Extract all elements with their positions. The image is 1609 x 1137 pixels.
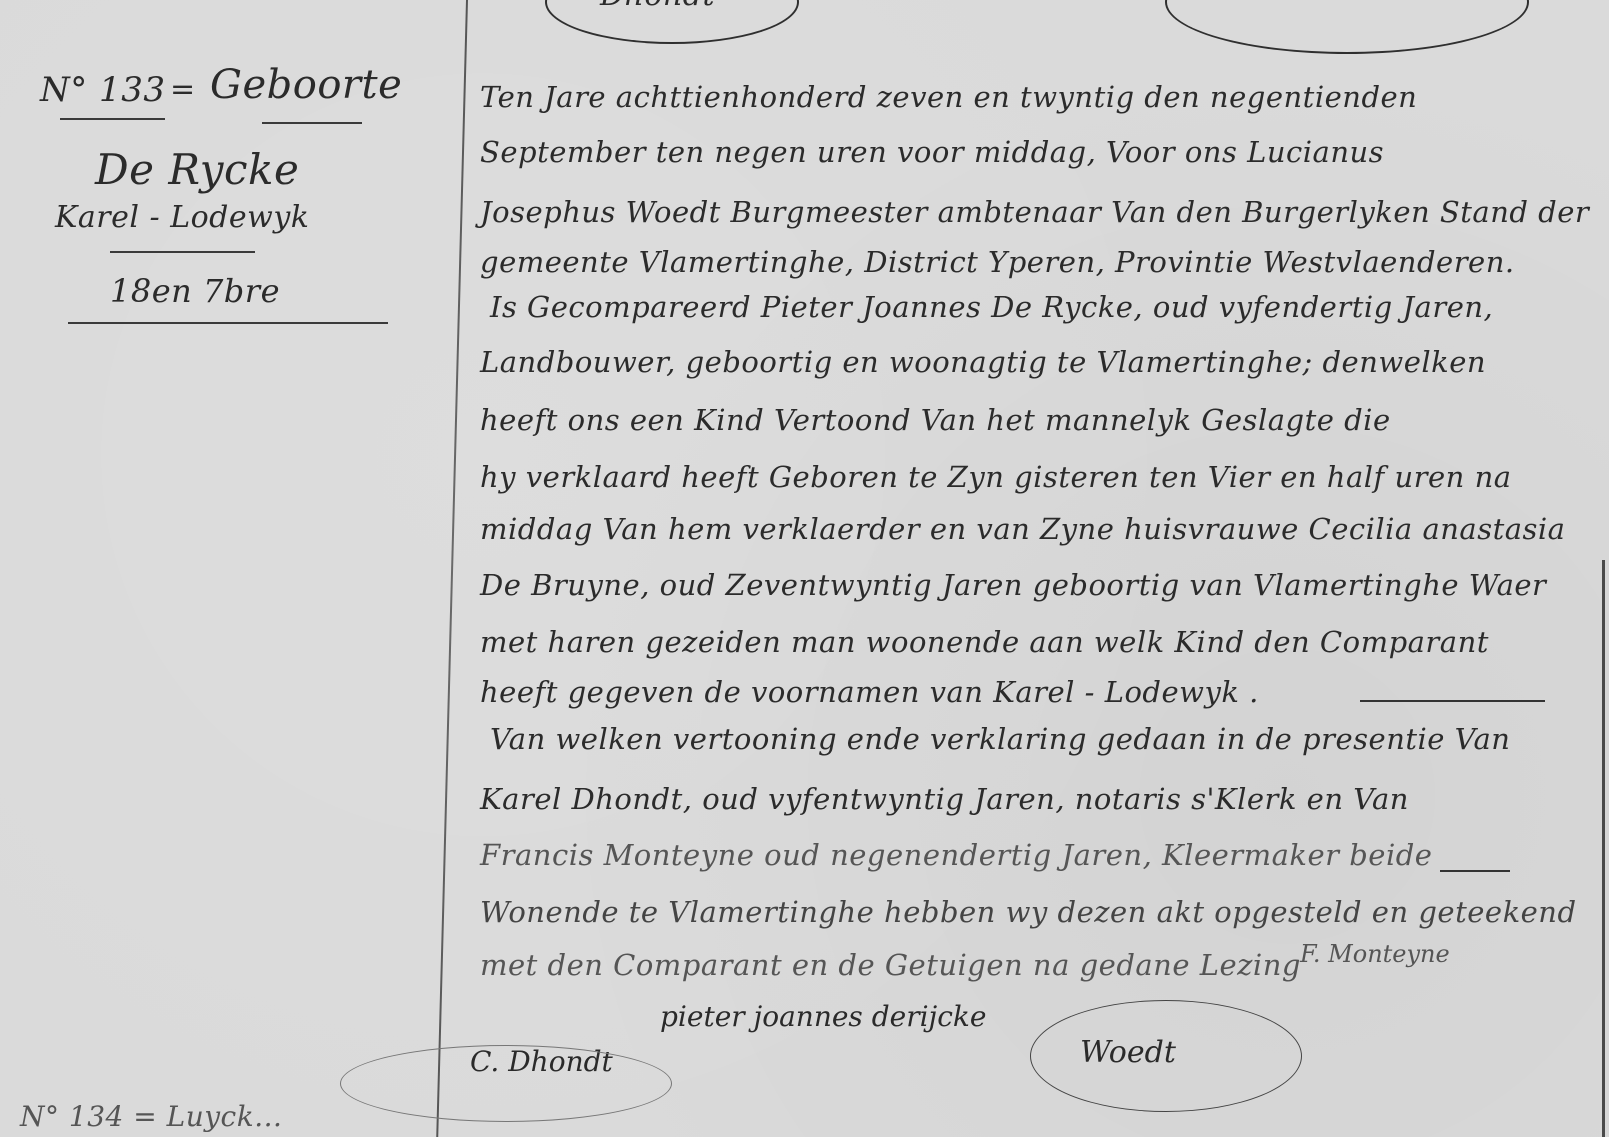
signature-declarant: pieter joannes derijcke: [660, 1000, 986, 1033]
margin-underline-4: [68, 322, 388, 324]
signature-flourish-dhondt: [340, 1045, 672, 1122]
body-line-2: September ten negen uren voor middag, Vo…: [480, 135, 1384, 169]
body-line-12: heeft gegeven de voornamen van Karel - L…: [480, 675, 1259, 709]
line-end-rule: [1360, 700, 1545, 702]
body-line-9: middag Van hem verklaerder en van Zyne h…: [480, 512, 1565, 546]
body-line-15: Francis Monteyne oud negenendertig Jaren…: [480, 838, 1432, 872]
body-line-1: Ten Jare achttienhonderd zeven en twynti…: [480, 80, 1417, 114]
signature-witness-monteyne: F. Monteyne: [1300, 940, 1450, 968]
line-end-flourish: [1440, 870, 1510, 872]
signature-flourish-mayor: [1030, 1000, 1302, 1112]
body-line-16: Wonende te Vlamertinghe hebben wy dezen …: [480, 895, 1577, 929]
body-line-11: met haren gezeiden man woonende aan welk…: [480, 625, 1489, 659]
body-line-7: heeft ons een Kind Vertoond Van het mann…: [480, 403, 1391, 437]
margin-underline-1: [60, 118, 165, 120]
body-line-6: Landbouwer, geboortig en woonagtig te Vl…: [480, 345, 1486, 379]
child-surname: De Rycke: [95, 145, 299, 194]
child-given-names: Karel - Lodewyk: [55, 200, 309, 235]
margin-underline-2: [262, 122, 362, 124]
entry-separator: =: [170, 72, 196, 107]
header-flourish-right: [1165, 0, 1529, 54]
next-entry-number: N° 134 = Luyck...: [20, 1100, 282, 1133]
body-line-17: met den Comparant en de Getuigen na geda…: [480, 948, 1301, 982]
header-fragment: Dhondt: [600, 0, 715, 13]
body-line-10: De Bruyne, oud Zeventwyntig Jaren geboor…: [480, 568, 1546, 602]
body-line-5: Is Gecompareerd Pieter Joannes De Rycke,…: [490, 290, 1493, 324]
column-divider-line: [436, 0, 468, 1137]
body-line-13: Van welken vertooning ende verklaring ge…: [490, 722, 1510, 756]
page-edge-shadow: [1602, 560, 1605, 1137]
document-page: Dhondt N° 133 = Geboorte De Rycke Karel …: [0, 0, 1609, 1137]
body-line-4: gemeente Vlamertinghe, District Yperen, …: [480, 245, 1515, 279]
entry-type: Geboorte: [210, 62, 402, 108]
body-line-3: Josephus Woedt Burgmeester ambtenaar Van…: [480, 195, 1589, 229]
entry-number: N° 133: [40, 70, 165, 110]
entry-date: 18en 7bre: [110, 272, 280, 310]
body-line-14: Karel Dhondt, oud vyfentwyntig Jaren, no…: [480, 782, 1409, 816]
body-line-8: hy verklaard heeft Geboren te Zyn gister…: [480, 460, 1512, 494]
margin-underline-3: [110, 251, 255, 253]
